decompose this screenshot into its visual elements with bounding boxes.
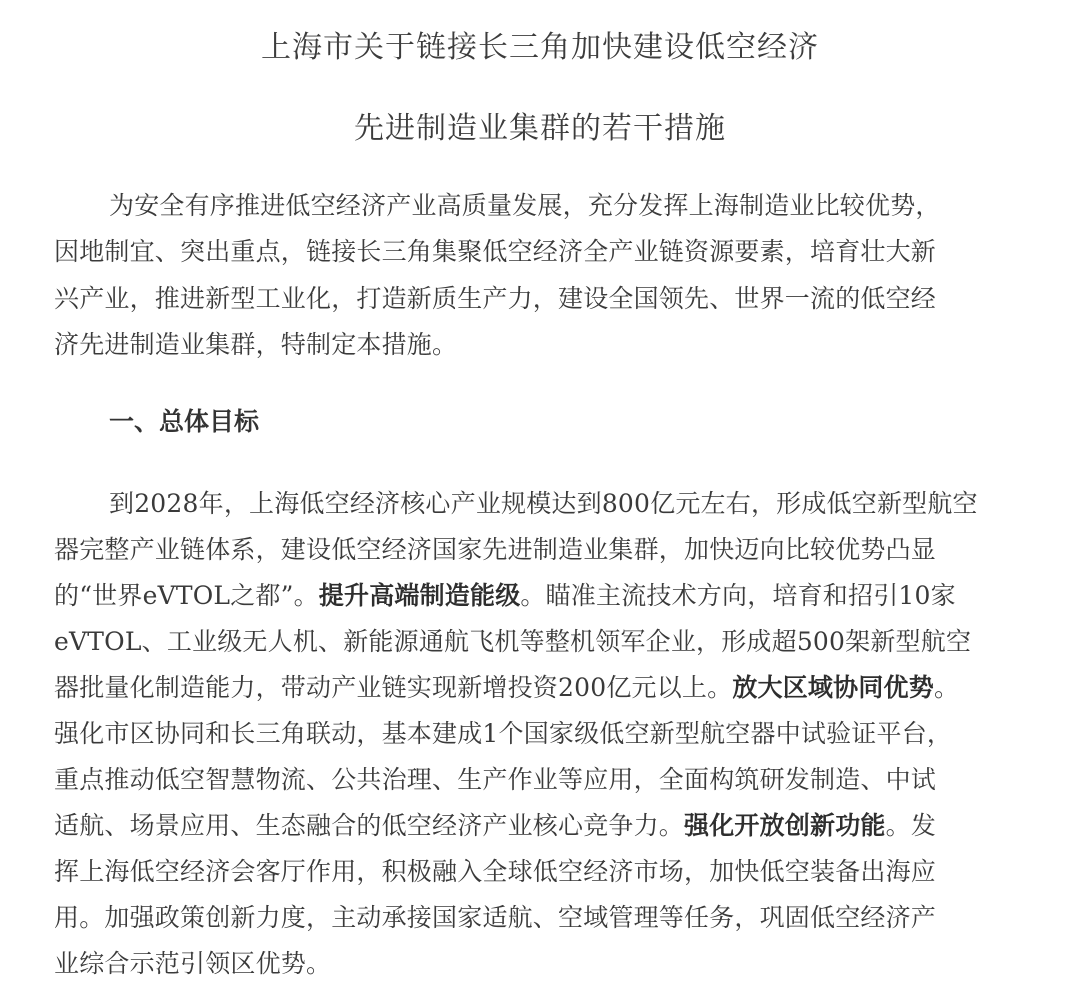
paragraph-line: 业综合示范引领区优势。 (54, 944, 1054, 980)
text-run: 器批量化制造能力，带动产业链实现新增投资200亿元以上。 (54, 673, 732, 702)
paragraph-line: 器批量化制造能力，带动产业链实现新增投资200亿元以上。放大区域协同优势。 (54, 668, 1054, 704)
text-run: 。发 (886, 811, 936, 840)
bold-phrase: 放大区域协同优势 (732, 673, 934, 702)
intro-line: 为安全有序推进低空经济产业高质量发展，充分发挥上海制造业比较优势， (109, 186, 1080, 222)
paragraph-line: 用。加强政策创新力度，主动承接国家适航、空域管理等任务，巩固低空经济产 (54, 898, 1054, 934)
bold-phrase: 强化开放创新功能 (684, 811, 886, 840)
document-title-line-1: 上海市关于链接长三角加快建设低空经济 (0, 22, 1080, 66)
section-heading: 一、总体目标 (109, 402, 259, 438)
paragraph-line: 强化市区协同和长三角联动，基本建成1个国家级低空新型航空器中试验证平台， (54, 714, 1054, 750)
paragraph-line: 的“世界eVTOL之都”。提升高端制造能级。瞄准主流技术方向，培育和招引10家 (54, 576, 1054, 612)
paragraph-line: 到2028年，上海低空经济核心产业规模达到800亿元左右，形成低空新型航空 (109, 484, 1080, 520)
paragraph-line: 挥上海低空经济会客厅作用，积极融入全球低空经济市场，加快低空装备出海应 (54, 852, 1054, 888)
intro-line: 兴产业，推进新型工业化，打造新质生产力，建设全国领先、世界一流的低空经 (54, 279, 1054, 315)
intro-line: 济先进制造业集群，特制定本措施。 (54, 325, 1054, 361)
text-run: 适航、场景应用、生态融合的低空经济产业核心竞争力。 (54, 811, 684, 840)
text-run: 。 (934, 673, 959, 702)
text-run: 。瞄准主流技术方向，培育和招引10家 (520, 581, 955, 610)
paragraph-line: eVTOL、工业级无人机、新能源通航飞机等整机领军企业，形成超500架新型航空 (54, 622, 1054, 658)
paragraph-line: 适航、场景应用、生态融合的低空经济产业核心竞争力。强化开放创新功能。发 (54, 806, 1054, 842)
bold-phrase: 提升高端制造能级 (319, 581, 521, 610)
text-run: 的“世界eVTOL之都”。 (54, 581, 319, 610)
intro-line: 因地制宜、突出重点，链接长三角集聚低空经济全产业链资源要素，培育壮大新 (54, 232, 1054, 268)
paragraph-line: 重点推动低空智慧物流、公共治理、生产作业等应用，全面构筑研发制造、中试 (54, 760, 1054, 796)
document-title-line-2: 先进制造业集群的若干措施 (0, 103, 1080, 147)
paragraph-line: 器完整产业链体系，建设低空经济国家先进制造业集群，加快迈向比较优势凸显 (54, 530, 1054, 566)
